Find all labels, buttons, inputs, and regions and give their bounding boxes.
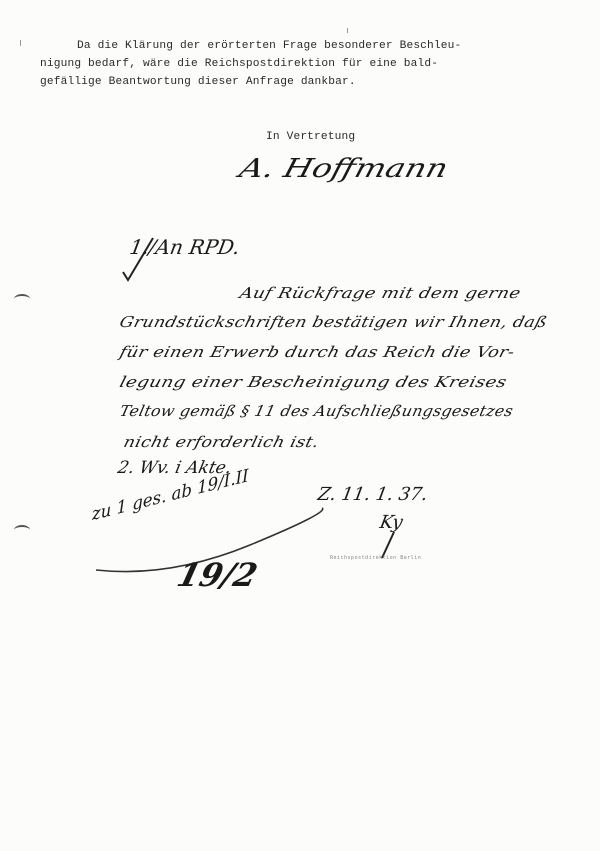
handwritten-line-4: legung einer Bescheinigung des Kreises <box>118 373 509 391</box>
handwritten-line-6: nicht erforderlich ist. <box>122 433 321 451</box>
handwritten-line-3: für einen Erwerb durch das Reich die Vor… <box>118 343 517 361</box>
handwritten-line-1: Auf Rückfrage mit dem gerne <box>238 284 523 302</box>
typed-line-1: Da die Klärung der erörterten Frage beso… <box>77 40 461 52</box>
signature: A. Hoffmann <box>236 154 451 184</box>
faint-stamp: Reichspostdirektion Berlin <box>330 555 421 561</box>
handwritten-line-2: Grundstückschriften bestätigen wir Ihnen… <box>118 313 550 331</box>
handwritten-line-5: Teltow gemäß § 11 des Aufschließungsgese… <box>118 402 515 420</box>
document-page: Da die Klärung der erörterten Frage beso… <box>0 0 600 851</box>
large-date: 19/2 <box>173 556 261 594</box>
handwritten-header: 1./An RPD. <box>128 235 242 259</box>
scan-mark <box>20 40 21 46</box>
punch-hole-icon <box>14 294 30 304</box>
typed-line-2: nigung bedarf, wäre die Reichspostdirekt… <box>40 58 438 70</box>
closing-text: In Vertretung <box>266 131 355 143</box>
typed-line-3: gefällige Beantwortung dieser Anfrage da… <box>40 76 356 88</box>
punch-hole-icon <box>14 525 30 535</box>
scan-mark <box>347 28 348 33</box>
date-note: Z. 11. 1. 37. <box>316 484 429 505</box>
